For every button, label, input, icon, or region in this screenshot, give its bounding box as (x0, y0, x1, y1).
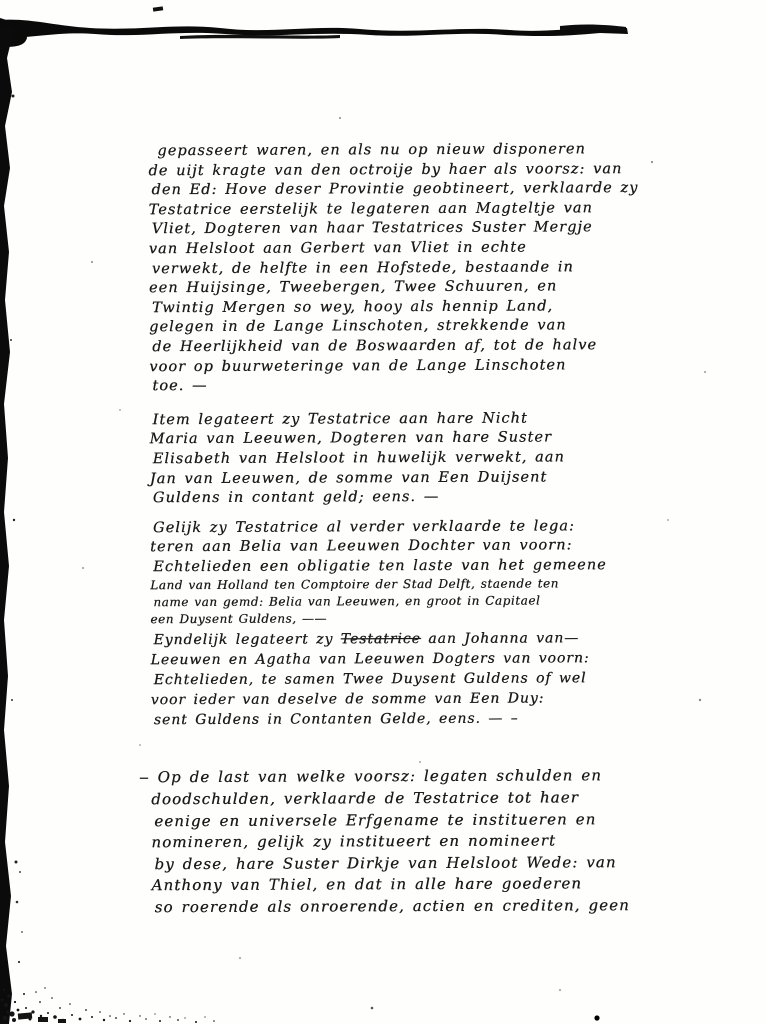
manuscript-line: voor op buurweteringe van de Lange Linsc… (149, 355, 661, 377)
manuscript-line: Echtelieden, te samen Twee Duysent Gulde… (154, 669, 663, 691)
bottom-left-speckles (1, 987, 215, 1023)
manuscript-line: Jan van Leeuwen, de somme van Een Duijse… (150, 467, 662, 489)
manuscript-line: Item legateert zy Testatrice aan hare Ni… (152, 409, 661, 431)
paragraph-legacy-maria-van-leeuwen: Item legateert zy Testatrice aan hare Ni… (149, 409, 661, 509)
line-segment: Eyndelijk legateert zy (153, 632, 340, 649)
manuscript-line: so roerende als onroerende, actien en cr… (155, 895, 664, 919)
paragraph-erfgename-dirkje-van-helsloot: ‒ Op de last van welke voorsz: legaten s… (151, 765, 664, 918)
manuscript-line: verwekt, de helfte in een Hofstede, best… (152, 257, 661, 279)
manuscript-line: gelegen in de Lange Linschoten, strekken… (149, 316, 661, 338)
line-segment: aan Johanna van— (421, 631, 579, 648)
manuscript-line: Testatrice eerstelijk te legateren aan M… (149, 199, 661, 221)
paragraph-legacy-johanna-agatha: Eyndelijk legateert zy Testatrice aan Jo… (150, 629, 662, 730)
manuscript-line: voor ieder van deselve de somme van Een … (151, 689, 663, 711)
manuscript-line: Vliet, Dogteren van haar Testatrices Sus… (152, 218, 661, 240)
paragraph-legacy-belia-van-leeuwen: Gelijk zy Testatrice al verder verklaard… (150, 517, 662, 629)
manuscript-line: ‒ Op de last van welke voorsz: legaten s… (139, 765, 663, 789)
paragraph-legacy-hofstede: gepasseert waren, en als nu op nieuw dis… (148, 140, 661, 397)
manuscript-line-with-strikethrough: Eyndelijk legateert zy Testatrice aan Jo… (153, 629, 662, 651)
manuscript-line: eenige en universele Erfgename te instit… (154, 809, 663, 833)
manuscript-line: doodschulden, verklaarde de Testatrice t… (151, 787, 663, 811)
manuscript-text: gepasseert waren, en als nu op nieuw dis… (148, 140, 663, 919)
manuscript-line: een Huijsinge, Tweebergen, Twee Schuuren… (149, 277, 661, 299)
manuscript-line: Anthony van Thiel, en dat in alle hare g… (152, 873, 664, 897)
manuscript-line: Twintig Mergen so wey, hooy als hennip L… (152, 297, 661, 319)
manuscript-line: Echtelieden een obligatie ten laste van … (153, 556, 662, 578)
manuscript-line: gepasseert waren, en als nu op nieuw dis… (157, 140, 660, 162)
manuscript-line: van Helsloot aan Gerbert van Vliet in ec… (149, 238, 661, 260)
manuscript-line: Guldens in contant geld; eens. — (153, 487, 662, 509)
manuscript-line: Elisabeth van Helsloot in huwelijk verwe… (153, 448, 662, 470)
manuscript-line: sent Guldens in Contanten Gelde, eens. —… (154, 709, 663, 731)
left-scan-edge-artifact (0, 24, 23, 1024)
manuscript-line: toe. — (152, 375, 661, 397)
manuscript-line: Leeuwen en Agatha van Leeuwen Dogters va… (151, 649, 663, 671)
manuscript-line: Maria van Leeuwen, Dogteren van hare Sus… (150, 428, 662, 450)
manuscript-line: de uijt kragte van den octroije by haer … (148, 159, 660, 181)
top-centre-mark (153, 6, 163, 11)
manuscript-line: de Heerlijkheid van de Boswaarden af, to… (152, 336, 661, 358)
top-scan-edge-artifact (0, 6, 628, 48)
scanned-document-page: gepasseert waren, en als nu op nieuw dis… (0, 0, 766, 1024)
manuscript-line: nomineren, gelijk zy institueert en nomi… (151, 830, 663, 854)
manuscript-line: teren aan Belia van Leeuwen Dochter van … (150, 536, 662, 558)
manuscript-line: een Duysent Guldens, —— (150, 609, 662, 628)
manuscript-line: den Ed: Hove deser Provintie geobtineert… (151, 179, 660, 201)
manuscript-line: by dese, hare Suster Dirkje van Helsloot… (154, 852, 663, 876)
struck-word: Testatrice (341, 631, 421, 647)
manuscript-line: Gelijk zy Testatrice al verder verklaard… (153, 517, 662, 539)
